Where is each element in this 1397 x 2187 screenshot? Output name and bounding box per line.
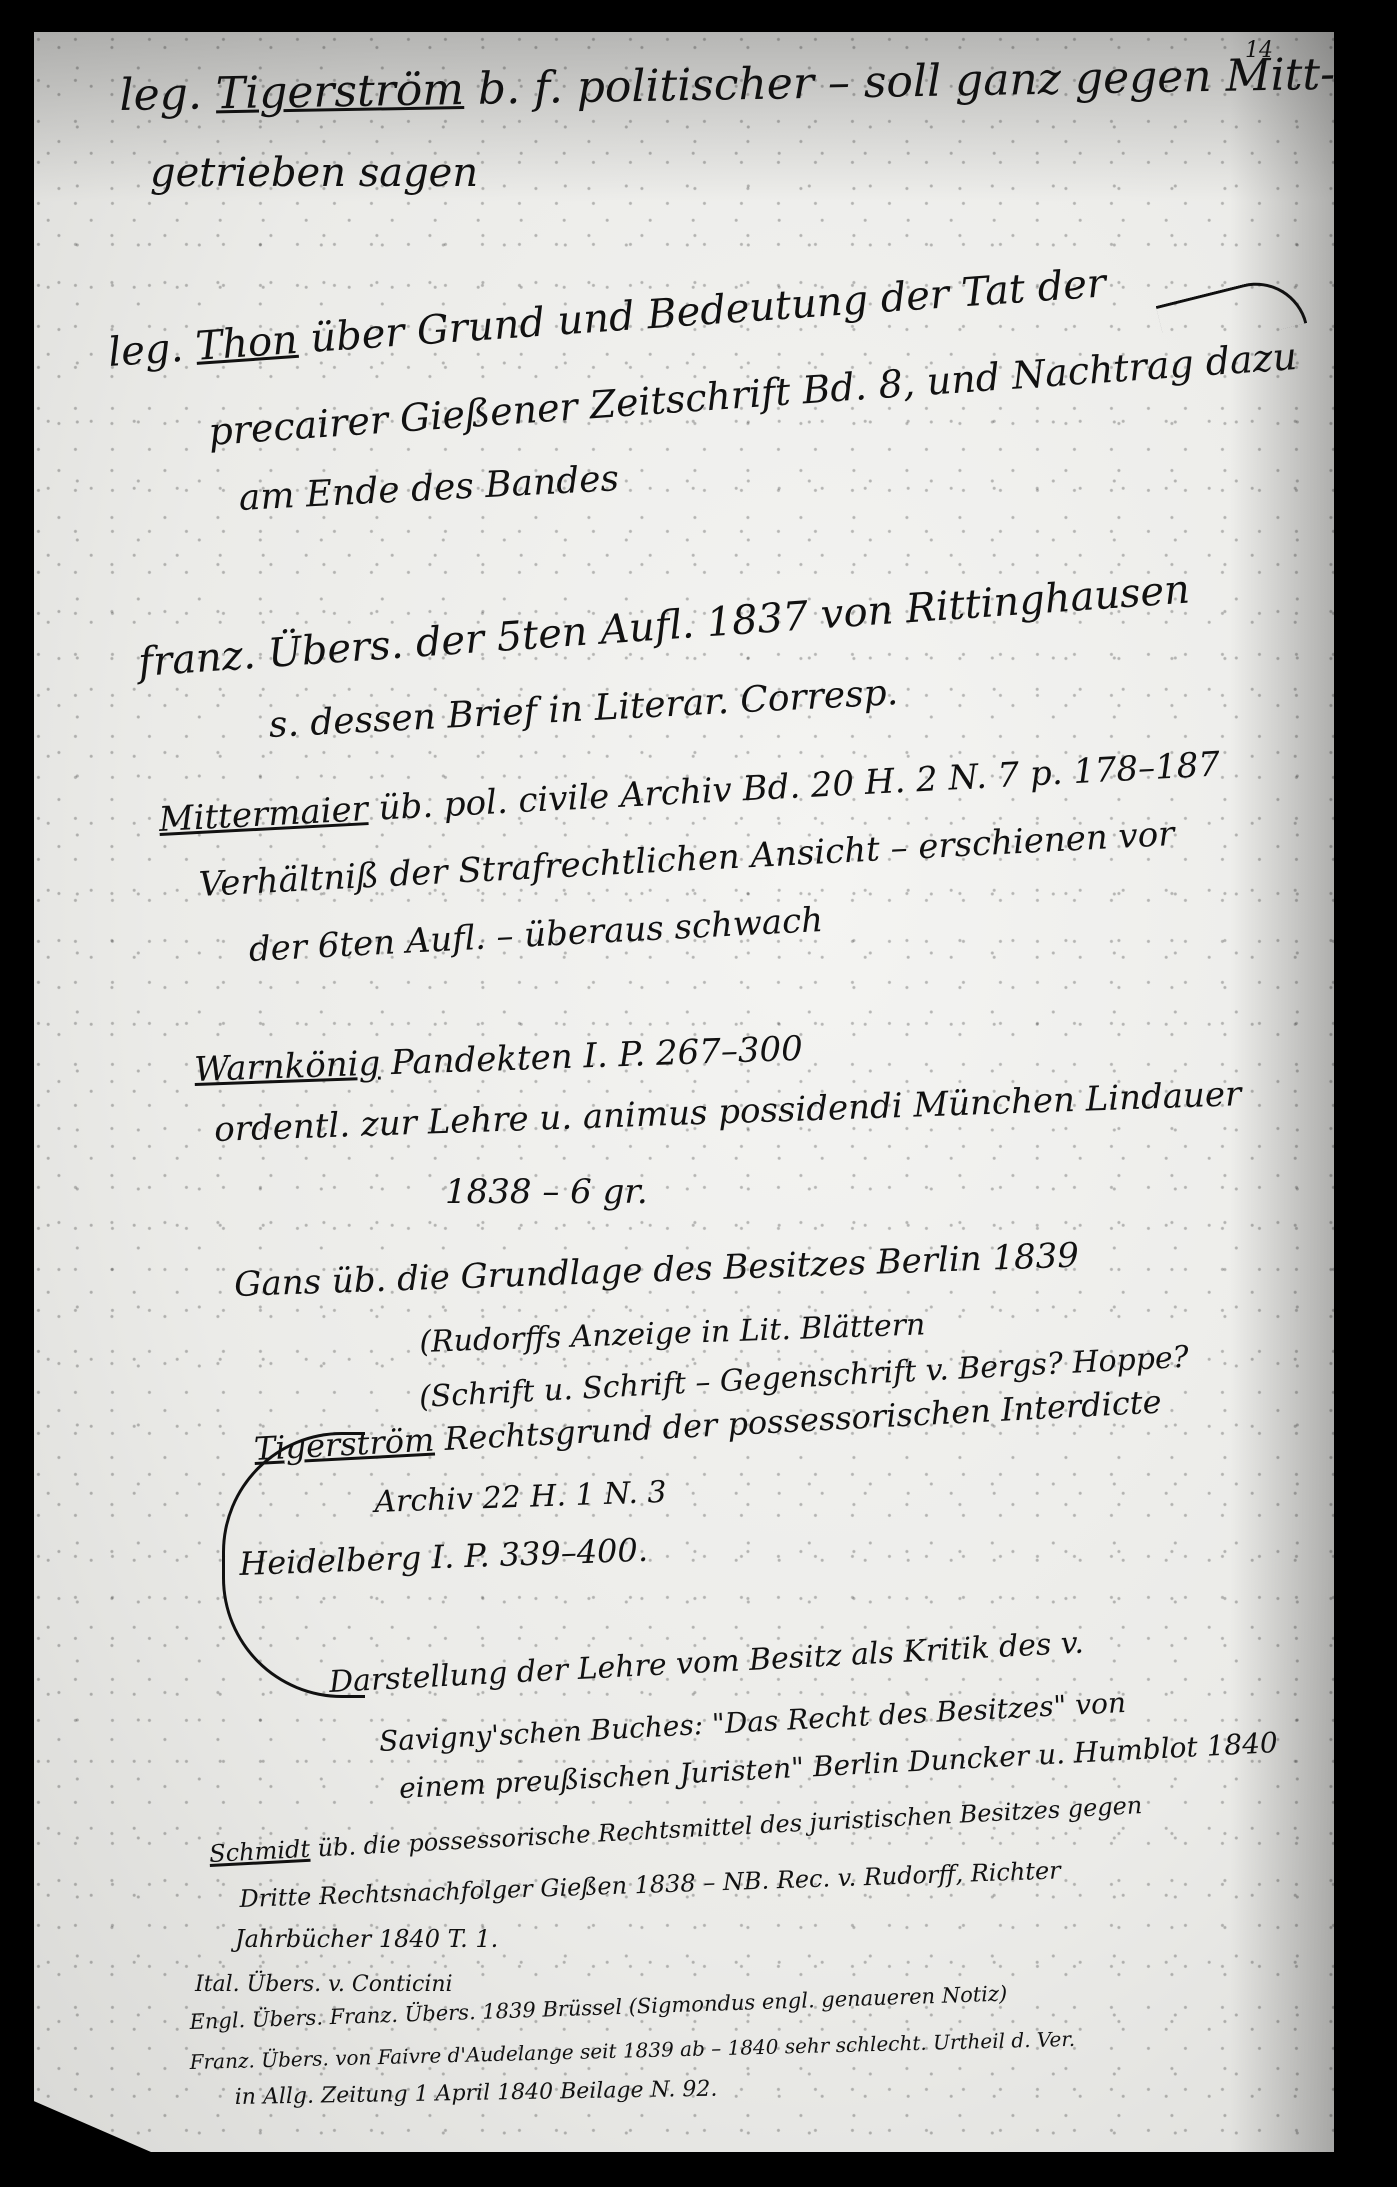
underlined-name: Thon xyxy=(194,317,299,370)
entry-5-line-3: 1838 – 6 gr. xyxy=(445,1172,648,1212)
entry-10-line-1: Ital. Übers. v. Conticini xyxy=(195,1972,453,1997)
underlined-name: Schmidt xyxy=(209,1835,311,1868)
underlined-name: Tigerström xyxy=(215,64,464,119)
entry-1-line-2: getrieben sagen xyxy=(150,150,478,196)
underlined-name: Warnkönig xyxy=(194,1044,381,1090)
entry-9-line-3: Jahrbücher 1840 T. 1. xyxy=(235,1925,498,1953)
